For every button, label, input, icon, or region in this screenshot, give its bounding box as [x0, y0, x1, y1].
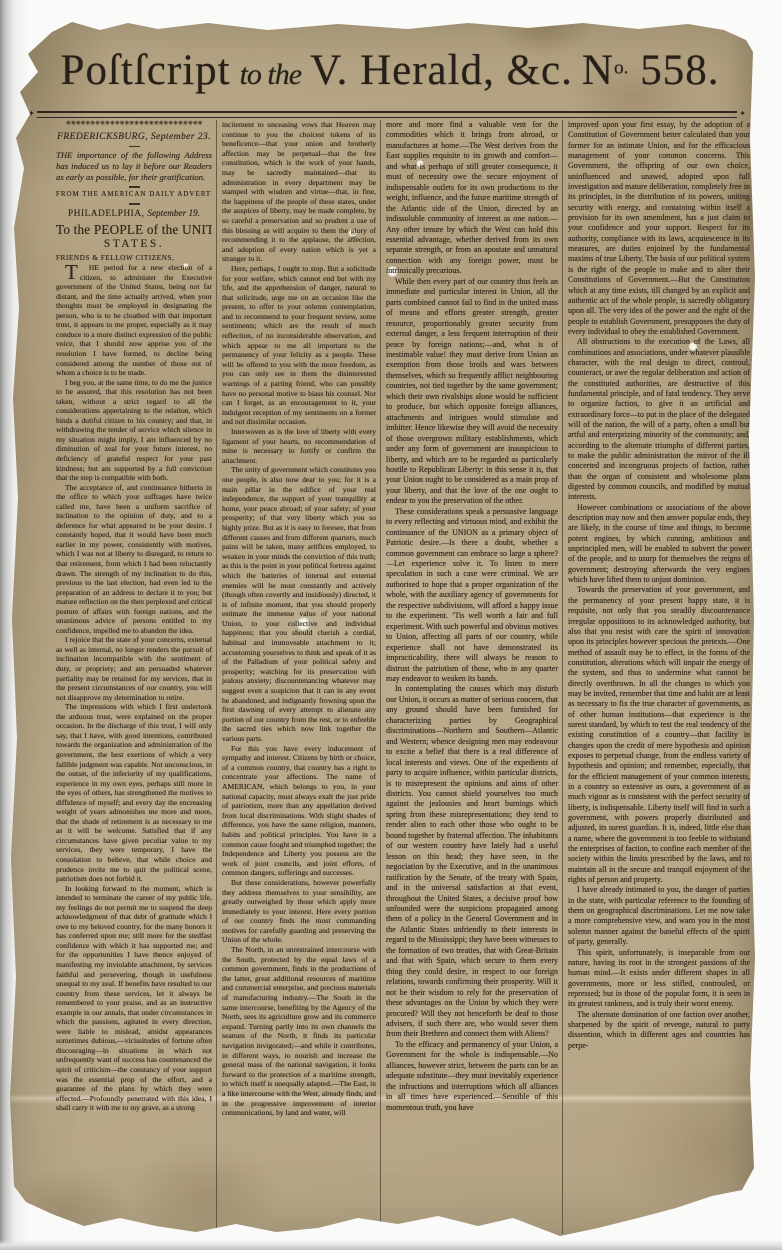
column-4: improved upon your first essay, by the a…: [562, 120, 750, 1234]
place-date: September 19.: [147, 208, 200, 218]
place-dateline: PHILADELPHIA, September 19.: [56, 208, 212, 219]
photo-of-newspaper: { "photo": { "backdrop_color": "#fafaf8"…: [0, 0, 782, 1250]
ornament-band: ✳✳✳✳✳✳✳✳✳✳✳✳✳✳✳✳✳✳✳✳✳✳✳✳✳✳✳✳: [56, 120, 212, 128]
masthead-title-postscript: Poſtſcript: [61, 46, 231, 95]
paragraph: While then every part of our country thu…: [386, 277, 558, 507]
paragraph: The impressions with which I first under…: [56, 702, 212, 883]
paragraph: The alternate domination of one faction …: [568, 1010, 750, 1051]
masthead-title-herald: V. Herald, &c.: [310, 46, 573, 95]
paragraph: Towards the preservation of your governm…: [568, 585, 750, 885]
masthead-double-rule: ✦ ✦: [28, 110, 746, 118]
rule-ornament-right-icon: ✦: [739, 110, 746, 118]
double-rule-lines: [37, 111, 738, 118]
paragraph: I have already intimated to you, the dan…: [568, 885, 750, 947]
paragraph: more and more find a valuable vent for t…: [386, 120, 558, 277]
masthead-issue-number: No. 558.: [582, 46, 720, 95]
paragraph: improved upon your first essay, by the a…: [568, 120, 750, 337]
masthead-title-tothe: to the: [240, 58, 302, 92]
column-2: incitement to unceasing vows that Heaven…: [216, 120, 376, 1234]
place-name: PHILADELPHIA,: [68, 208, 144, 218]
address-title-line2: STATES.: [56, 238, 212, 251]
paragraph: incitement to unceasing vows that Heaven…: [222, 120, 376, 264]
salutation: FRIENDS & FELLOW CITIZENS,: [56, 253, 212, 262]
column-3: more and more find a valuable vent for t…: [380, 120, 558, 1234]
section-rule: [129, 203, 140, 204]
source-line: FROM THE AMERICAN DAILY ADVERTISER.: [56, 191, 212, 200]
masthead-no-superscript: o.: [614, 57, 629, 78]
paragraph: Interwoven as is the love of liberty wit…: [222, 427, 376, 465]
paragraph: This spirit, unfortunately, is inseparab…: [568, 948, 750, 1010]
paragraph: The unity of government which constitute…: [222, 465, 376, 743]
paragraph: However combinations or associations of …: [568, 503, 750, 586]
paragraph: To the efficacy and permanency of your U…: [386, 1040, 558, 1113]
column-1: ✳✳✳✳✳✳✳✳✳✳✳✳✳✳✳✳✳✳✳✳✳✳✳✳✳✳✳✳ FREDERICKSB…: [56, 120, 212, 1234]
paragraph: The acceptance of, and continuance hithe…: [56, 483, 212, 636]
paragraph: For this you have every inducement of sy…: [222, 744, 376, 878]
columns: ✳✳✳✳✳✳✳✳✳✳✳✳✳✳✳✳✳✳✳✳✳✳✳✳✳✳✳✳ FREDERICKSB…: [56, 120, 750, 1234]
paragraph: In contemplating the causes which may di…: [386, 684, 558, 1039]
drop-cap: T: [56, 263, 80, 281]
paragraph: All obstructions to the execution of the…: [568, 337, 750, 503]
paragraph: Here, perhaps, I ought to stop. But a so…: [222, 264, 376, 427]
photo-backdrop-shadow-bottom: [0, 1240, 782, 1250]
paragraph: These considerations speak a persuasive …: [386, 507, 558, 685]
section-rule: [129, 186, 140, 187]
paragraph: I rejoice that the state of your concern…: [56, 635, 212, 702]
masthead-number: 558.: [640, 47, 719, 94]
editor-notice: THE importance of the following Address …: [56, 150, 212, 182]
paragraph: The North, in an unrestrained intercours…: [222, 945, 376, 1118]
paragraph: I beg you, at the same time, to do me th…: [56, 378, 212, 483]
dateline: FREDERICKSBURG, September 23.: [56, 131, 212, 142]
address-title-line1: To the PEOPLE of the UNITED: [56, 222, 212, 238]
section-rule: [129, 146, 140, 147]
paragraph: But these considerations, however powerf…: [222, 878, 376, 945]
masthead: Poſtſcript to the V. Herald, &c. No. 558…: [34, 46, 746, 106]
paragraph: In looking forward to the moment, which …: [56, 884, 212, 1113]
newspaper-sheet: Poſtſcript to the V. Herald, &c. No. 558…: [8, 18, 760, 1240]
paragraph: THE period for a new election of a citiz…: [56, 263, 212, 378]
